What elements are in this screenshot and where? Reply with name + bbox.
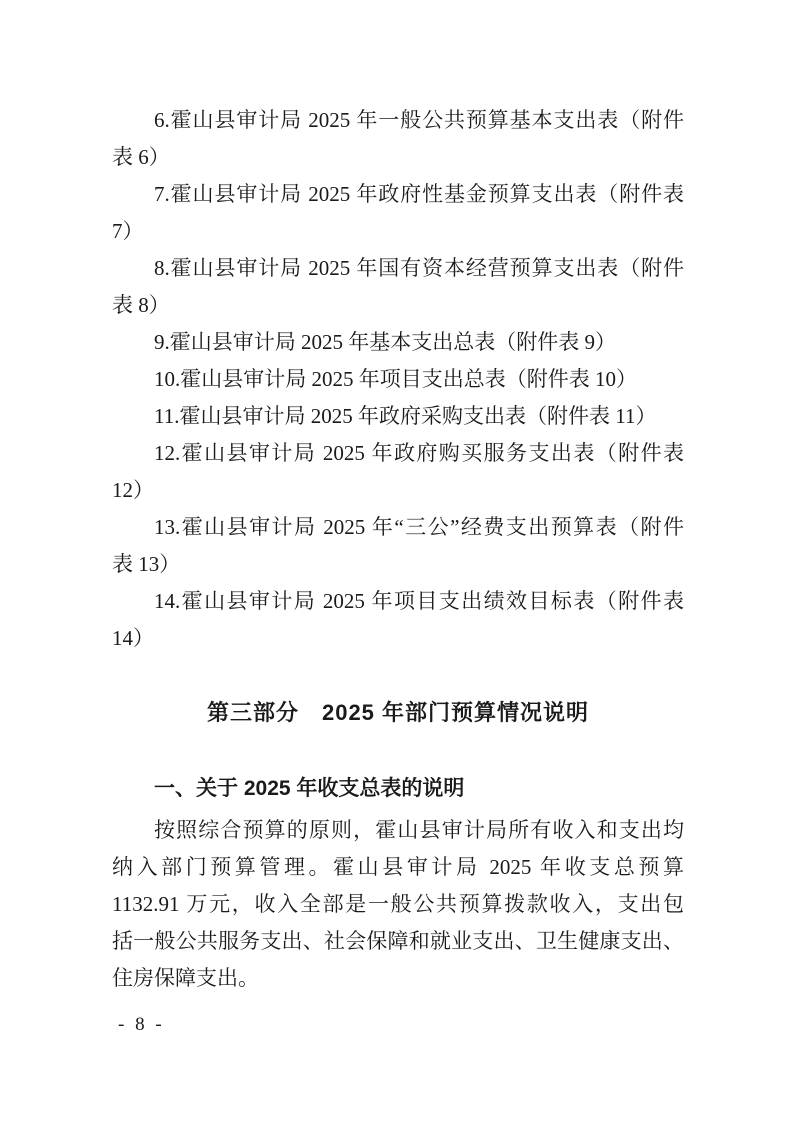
attachment-item-line: 6.霍山县审计局 2025 年一般公共预算基本支出表（附件 — [112, 102, 684, 139]
attachment-item-line: 表 6） — [112, 139, 684, 176]
attachment-item-line: 9.霍山县审计局 2025 年基本支出总表（附件表 9） — [112, 324, 684, 361]
budget-paragraph: 按照综合预算的原则，霍山县审计局所有收入和支出均纳入部门预算管理。霍山县审计局 … — [112, 812, 684, 997]
attachment-item-line: 12.霍山县审计局 2025 年政府购买服务支出表（附件表 — [112, 435, 684, 472]
attachment-list: 6.霍山县审计局 2025 年一般公共预算基本支出表（附件表 6）7.霍山县审计… — [112, 102, 684, 657]
paragraph-line: 括一般公共服务支出、社会保障和就业支出、卫生健康支出、 — [112, 923, 684, 960]
paragraph-line: 1132.91 万元，收入全部是一般公共预算拨款收入，支出包 — [112, 886, 684, 923]
attachment-item-line: 表 13） — [112, 546, 684, 583]
document-page: 6.霍山县审计局 2025 年一般公共预算基本支出表（附件表 6）7.霍山县审计… — [0, 0, 793, 1122]
subsection-heading: 一、关于 2025 年收支总表的说明 — [112, 770, 684, 807]
attachment-item-line: 7） — [112, 213, 684, 250]
paragraph-line: 住房保障支出。 — [112, 960, 684, 997]
attachment-item-line: 14） — [112, 620, 684, 657]
page-number: - 8 - — [118, 1012, 165, 1038]
paragraph-line: 纳入部门预算管理。霍山县审计局 2025 年收支总预算 — [112, 849, 684, 886]
section-heading: 第三部分 2025 年部门预算情况说明 — [112, 694, 684, 731]
attachment-item-line: 表 8） — [112, 287, 684, 324]
attachment-item-line: 13.霍山县审计局 2025 年“三公”经费支出预算表（附件 — [112, 509, 684, 546]
paragraph-line: 按照综合预算的原则，霍山县审计局所有收入和支出均 — [112, 812, 684, 849]
attachment-item-line: 14.霍山县审计局 2025 年项目支出绩效目标表（附件表 — [112, 583, 684, 620]
attachment-item-line: 10.霍山县审计局 2025 年项目支出总表（附件表 10） — [112, 361, 684, 398]
attachment-item-line: 7.霍山县审计局 2025 年政府性基金预算支出表（附件表 — [112, 176, 684, 213]
page-content: 6.霍山县审计局 2025 年一般公共预算基本支出表（附件表 6）7.霍山县审计… — [112, 102, 684, 997]
attachment-item-line: 12） — [112, 472, 684, 509]
attachment-item-line: 11.霍山县审计局 2025 年政府采购支出表（附件表 11） — [112, 398, 684, 435]
attachment-item-line: 8.霍山县审计局 2025 年国有资本经营预算支出表（附件 — [112, 250, 684, 287]
